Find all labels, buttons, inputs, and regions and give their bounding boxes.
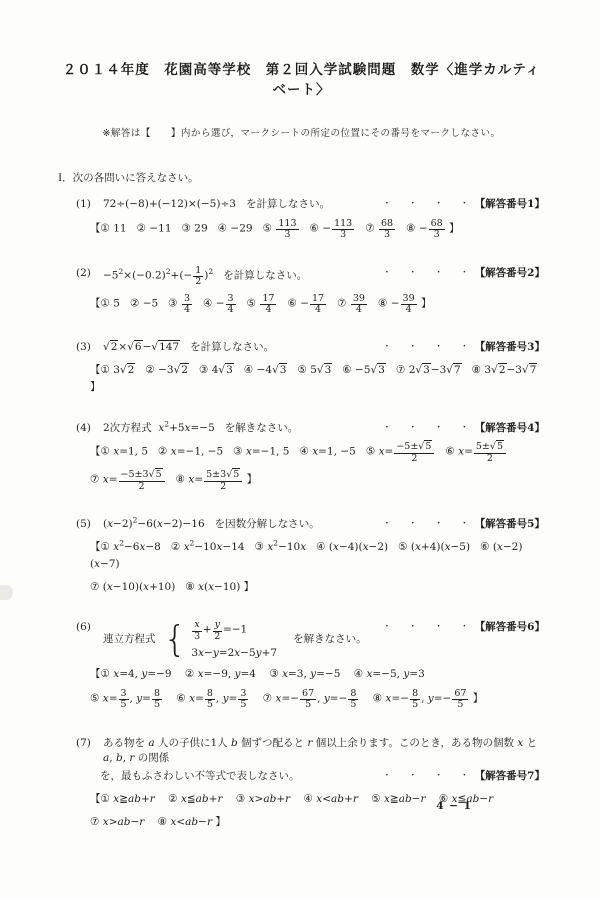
radical: √5: [149, 468, 163, 480]
answer-dots: ・ ・ ・ ・: [382, 342, 476, 352]
system-equations: x3+y2=−13x−y=2x−5y+7: [191, 620, 277, 659]
system-brace-icon: {: [164, 624, 187, 656]
radical: √2: [174, 363, 189, 376]
options-line: 【① x≧ab+r ② x≦ab+r ③ x>ab+r ④ x<ab+r ⑤ x…: [90, 791, 545, 808]
question-stem: ある物を a 人の子供に1人 b 個ずつ配ると r 個以上余ります。このとき，あ…: [103, 736, 545, 768]
question-first-line: (2)−52×(−0.2)2+(−12)2 を計算しなさい。・ ・ ・ ・【解答…: [76, 266, 545, 288]
fraction: 675: [452, 689, 468, 711]
question-first-line: (1)72÷(−8)+(−12)×(−5)÷3 を計算しなさい。・ ・ ・ ・【…: [76, 197, 545, 213]
answer-ref-block: ・ ・ ・ ・【解答番号7】: [372, 769, 545, 785]
answer-ref-block: ・ ・ ・ ・【解答番号4】: [372, 421, 545, 437]
question-stem-continued: を，最もふさわしい不等式で表しなさい。: [100, 769, 372, 785]
section-heading: Ⅰ．次の各問いに答えなさい。: [58, 170, 545, 185]
options-line: 【① 3√2 ② −3√2 ③ 4√3 ④ −4√3 ⑤ 5√3 ⑥ −5√3 …: [90, 362, 545, 396]
answer-ref-block: ・ ・ ・ ・【解答番号2】: [372, 266, 545, 282]
exam-title: ２０１４年度 花園高等学校 第２回入学試験問題 数学〈進学カルティベート〉: [58, 58, 545, 98]
question: (6)連立方程式{x3+y2=−13x−y=2x−5y+7を解きなさい。・ ・ …: [76, 620, 545, 710]
options-line: 【① x=1, 5 ② x=−1, −5 ③ x=−1, 5 ④ x=1, −5…: [90, 442, 545, 464]
fraction: 683: [429, 219, 445, 241]
fraction: 1133: [276, 219, 298, 241]
answer-dots: ・ ・ ・ ・: [382, 519, 476, 529]
radical: √5: [418, 440, 432, 452]
fraction: 675: [300, 689, 316, 711]
question-stem: √2×√6−√147 を計算しなさい。: [103, 340, 372, 356]
question-number: (1): [76, 197, 100, 213]
system-of-equations: 連立方程式{x3+y2=−13x−y=2x−5y+7を解きなさい。: [103, 620, 372, 659]
question-first-line: (5)(x−2)2−6(x−2)−16 を因数分解しなさい。・ ・ ・ ・【解答…: [76, 517, 545, 533]
question: (3)√2×√6−√147 を計算しなさい。・ ・ ・ ・【解答番号3】【① 3…: [76, 340, 545, 395]
fraction: y2: [213, 620, 222, 642]
fraction: 35: [238, 689, 248, 711]
answer-dots: ・ ・ ・ ・: [382, 423, 476, 433]
fraction: 12: [193, 266, 203, 288]
fraction: 394: [351, 294, 367, 316]
question-first-line: (4)2次方程式 x2+5x=−5 を解きなさい。・ ・ ・ ・【解答番号4】: [76, 421, 545, 437]
radical: √2: [103, 340, 118, 353]
radical: √2: [120, 363, 135, 376]
question-stem: 2次方程式 x2+5x=−5 を解きなさい。: [103, 421, 372, 437]
fraction: 1133: [332, 219, 354, 241]
scan-artifact: [0, 585, 13, 600]
fraction: 34: [226, 294, 236, 316]
radical: √147: [151, 340, 180, 353]
question-first-line: (3)√2×√6−√147 を計算しなさい。・ ・ ・ ・【解答番号3】: [76, 340, 545, 356]
answer-dots: ・ ・ ・ ・: [382, 771, 476, 781]
options-line: 【① x2−6x−8 ② x2−10x−14 ③ x2−10x ④ (x−4)(…: [90, 539, 545, 573]
answer-dots: ・ ・ ・ ・: [382, 268, 476, 278]
system-equation: 3x−y=2x−5y+7: [191, 647, 277, 660]
question-stem: 72÷(−8)+(−12)×(−5)÷3 を計算しなさい。: [103, 197, 372, 213]
fraction: 35: [119, 689, 129, 711]
answer-number-label: 【解答番号6】: [480, 621, 545, 633]
options-line: ⑦ (x−10)(x+10) ⑧ x(x−10) 】: [90, 579, 545, 596]
fraction: −5±3√52: [119, 470, 165, 492]
options-line: 【① 5 ② −5 ③ 34 ④ −34 ⑤ 174 ⑥ −174 ⑦ 394 …: [90, 294, 545, 316]
question-second-line: を，最もふさわしい不等式で表しなさい。・ ・ ・ ・【解答番号7】: [76, 769, 545, 785]
answer-ref-block: ・ ・ ・ ・【解答番号5】: [372, 517, 545, 533]
radical: √3: [371, 363, 386, 376]
page-number: 4 − 1: [436, 800, 472, 812]
answer-number-label: 【解答番号4】: [480, 422, 545, 434]
question-number: (5): [76, 517, 100, 533]
options-line: 【① x=4, y=−9 ② x=−9, y=4 ③ x=3, y=−5 ④ x…: [90, 666, 545, 683]
answer-instruction: ※解答は【 】内から選び，マークシートの所定の位置にその番号をマークしなさい。: [58, 125, 545, 139]
question-first-line: (6)連立方程式{x3+y2=−13x−y=2x−5y+7を解きなさい。・ ・ …: [76, 620, 545, 659]
radical: √7: [446, 363, 461, 376]
answer-number-label: 【解答番号5】: [480, 518, 545, 530]
question-first-line: (7)ある物を a 人の子供に1人 b 個ずつ配ると r 個以上余ります。このと…: [76, 736, 545, 768]
question: (4)2次方程式 x2+5x=−5 を解きなさい。・ ・ ・ ・【解答番号4】【…: [76, 421, 545, 493]
options-line: ⑤ x=35, y=85 ⑥ x=85, y=35 ⑦ x=−675, y=−8…: [90, 689, 545, 711]
question-stem: −52×(−0.2)2+(−12)2 を計算しなさい。: [103, 266, 372, 288]
fraction: −5±√52: [394, 442, 434, 464]
question-number: (6): [76, 620, 100, 636]
radical: √3: [317, 363, 332, 376]
fraction: 85: [205, 689, 215, 711]
radical: √6: [127, 340, 142, 353]
answer-number-label: 【解答番号1】: [480, 198, 545, 210]
radical: √5: [490, 440, 504, 452]
fraction: 683: [379, 219, 395, 241]
fraction: 5±√52: [474, 442, 506, 464]
question-stem-suffix: を解きなさい。: [293, 632, 367, 648]
question: (5)(x−2)2−6(x−2)−16 を因数分解しなさい。・ ・ ・ ・【解答…: [76, 517, 545, 595]
radical: √3: [415, 363, 430, 376]
fraction: 85: [348, 689, 358, 711]
question: (1)72÷(−8)+(−12)×(−5)÷3 を計算しなさい。・ ・ ・ ・【…: [76, 197, 545, 241]
radical: √3: [272, 363, 287, 376]
question-number: (3): [76, 340, 100, 356]
fraction: 5±3√52: [204, 470, 242, 492]
fraction: x3: [192, 620, 201, 642]
answer-ref-block: ・ ・ ・ ・【解答番号1】: [372, 197, 545, 213]
options-line: 【① 11 ② −11 ③ 29 ④ −29 ⑤ 1133 ⑥ −1133 ⑦ …: [90, 219, 545, 241]
fraction: 34: [182, 294, 192, 316]
fraction: 174: [310, 294, 326, 316]
answer-number-label: 【解答番号7】: [480, 770, 545, 782]
question-stem: 連立方程式: [103, 632, 156, 648]
fraction: 174: [260, 294, 276, 316]
question: (7)ある物を a 人の子供に1人 b 個ずつ配ると r 個以上余ります。このと…: [76, 736, 545, 831]
answer-ref-block: ・ ・ ・ ・【解答番号3】: [372, 340, 545, 356]
question-number: (7): [76, 736, 100, 752]
answer-number-label: 【解答番号3】: [480, 341, 545, 353]
system-equation: x3+y2=−1: [191, 620, 277, 642]
question: (2)−52×(−0.2)2+(−12)2 を計算しなさい。・ ・ ・ ・【解答…: [76, 266, 545, 316]
question-stem: (x−2)2−6(x−2)−16 を因数分解しなさい。: [103, 517, 372, 533]
radical: √5: [226, 468, 240, 480]
radical: √3: [218, 363, 233, 376]
answer-number-label: 【解答番号2】: [480, 267, 545, 279]
options-line: ⑦ x=−5±3√52 ⑧ x=5±3√52 】: [90, 470, 545, 492]
radical: √2: [491, 363, 506, 376]
radical: √7: [522, 363, 537, 376]
fraction: 394: [401, 294, 417, 316]
question-number: (2): [76, 266, 100, 282]
question-number: (4): [76, 421, 100, 437]
exam-sheet: ２０１４年度 花園高等学校 第２回入学試験問題 数学〈進学カルティベート〉 ※解…: [0, 0, 600, 900]
fraction: 85: [152, 689, 162, 711]
question-list: (1)72÷(−8)+(−12)×(−5)÷3 を計算しなさい。・ ・ ・ ・【…: [76, 197, 545, 830]
fraction: 85: [410, 689, 420, 711]
options-line: ⑦ x>ab−r ⑧ x<ab−r 】: [90, 814, 545, 831]
answer-dots: ・ ・ ・ ・: [382, 199, 476, 209]
answer-ref-block: ・ ・ ・ ・【解答番号6】: [372, 620, 545, 636]
answer-dots: ・ ・ ・ ・: [382, 622, 476, 632]
